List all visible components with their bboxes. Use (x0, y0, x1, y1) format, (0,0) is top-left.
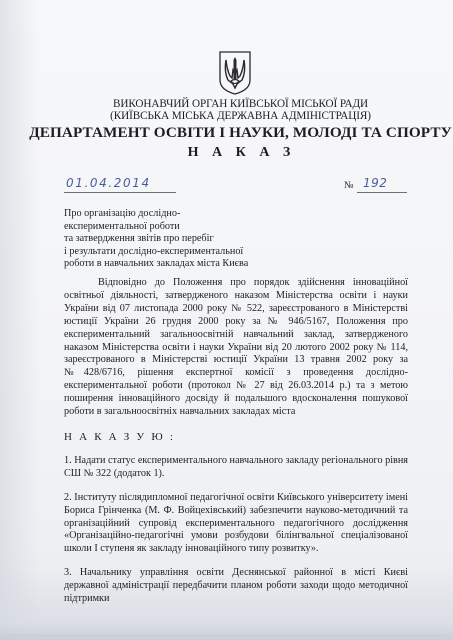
page-edge (4, 635, 445, 636)
issuing-authority-alt: (КИЇВСЬКА МІСЬКА ДЕРЖАВНА АДМІНІСТРАЦІЯ) (0, 110, 453, 122)
date-field: 01.04.2014 (64, 176, 176, 193)
department-name: ДЕПАРТАМЕНТ ОСВІТИ І НАУКИ, МОЛОДІ ТА СП… (0, 124, 453, 142)
number-label: № (344, 180, 354, 191)
document-type: Н А К А З (0, 145, 453, 161)
issuing-authority: ВИКОНАВЧИЙ ОРГАН КИЇВСЬКОЇ МІСЬКОЇ РАДИ (0, 98, 453, 110)
order-item-2: 2. Інституту післядипломної педагогічної… (64, 492, 408, 557)
handwritten-number: 192 (363, 176, 387, 190)
order-body: Відповідно до Положення про порядок здій… (64, 277, 408, 617)
subject-line: роботи в навчальних закладах міста Києва (64, 258, 248, 271)
subject-line: Про організацію дослідно- (64, 208, 248, 221)
order-subject: Про організацію дослідно- експерименталь… (64, 208, 248, 271)
order-heading: Н А К А З У Ю : (64, 431, 408, 444)
handwritten-date: 01.04.2014 (66, 176, 151, 190)
number-field: 192 (357, 176, 407, 193)
subject-line: і результати дослідно-експериментальної (64, 246, 248, 259)
preamble-paragraph: Відповідно до Положення про порядок здій… (64, 277, 408, 419)
order-item-3: 3. Начальнику управління освіти Деснянсь… (64, 567, 408, 606)
document-page: ВИКОНАВЧИЙ ОРГАН КИЇВСЬКОЇ МІСЬКОЇ РАДИ … (0, 0, 453, 640)
subject-line: експериментальної роботи (64, 221, 248, 234)
trident-emblem-icon (218, 50, 252, 96)
scan-shadow-left (0, 0, 40, 640)
order-item-1: 1. Надати статус експериментального навч… (64, 455, 408, 481)
subject-line: та затвердження звітів про перебіг (64, 233, 248, 246)
